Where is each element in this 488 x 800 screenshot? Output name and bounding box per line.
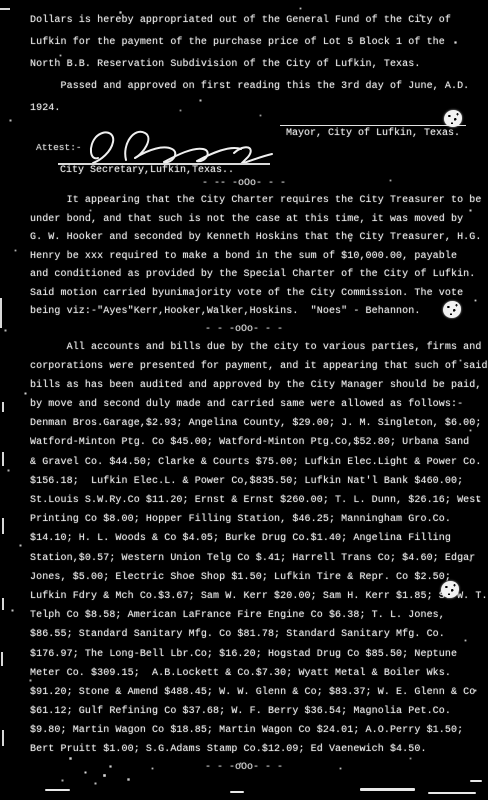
scan-artifact — [470, 780, 482, 782]
attest-label: Attest:- — [36, 142, 82, 153]
mayor-signature-line: Mayor, City of Lufkin, Texas. — [280, 122, 466, 140]
document-line: under bond, and that such is not the cas… — [30, 211, 488, 230]
ordinance-paragraph: Dollars is hereby appropriated out of th… — [30, 10, 488, 120]
document-line: G. W. Hooker and seconded by Kenneth Hos… — [30, 229, 488, 248]
margin-mark — [0, 8, 10, 10]
document-line: corporations were presented for payment,… — [30, 357, 488, 376]
document-line: St.Louis S.W.Ry.Co $11.20; Ernst & Ernst… — [30, 491, 488, 510]
document-line: $86.55; Standard Sanitary Mfg. Co $81.78… — [30, 625, 488, 644]
document-line: It appearing that the City Charter requi… — [30, 192, 488, 211]
document-line: Dollars is hereby appropriated out of th… — [30, 10, 488, 32]
document-line: Lufkin Fdry & Mch Co.$3.67; Sam W. Kerr … — [30, 587, 488, 606]
document-line: and conditioned as provided by the Speci… — [30, 266, 488, 285]
document-line: Bert Pruitt $1.00; S.G.Adams Stamp Co.$1… — [30, 740, 488, 759]
document-line: Jones, $5.00; Electric Shoe Shop $1.50; … — [30, 568, 488, 587]
document-line: All accounts and bills due by the city t… — [30, 338, 488, 357]
document-line: $176.97; The Long-Bell Lbr.Co; $16.20; H… — [30, 645, 488, 664]
document-line: 1924. — [30, 98, 488, 120]
margin-mark — [2, 452, 4, 466]
punch-hole-icon — [441, 581, 459, 598]
document-line: $91.20; Stone & Amend $488.45; W. W. Gle… — [30, 683, 488, 702]
treasurer-bond-paragraph: It appearing that the City Charter requi… — [30, 192, 488, 322]
margin-mark — [2, 598, 4, 610]
document-line: Denman Bros.Garage,$2.93; Angelina Count… — [30, 414, 488, 433]
scan-noise — [0, 0, 1, 1]
document-line: Henry be xxx required to make a bond in … — [30, 248, 488, 267]
section-separator: - - -oOo- - - — [0, 760, 488, 776]
document-line: North B.B. Reservation Subdivision of th… — [30, 54, 488, 76]
document-line: Watford-Minton Ptg. Co $45.00; Watford-M… — [30, 433, 488, 452]
punch-hole-icon — [444, 110, 462, 127]
document-line: $14.10; H. L. Woods & Co $4.05; Burke Dr… — [30, 529, 488, 548]
margin-mark — [1, 652, 3, 666]
section-separator: - -- -oOo- - - — [0, 176, 488, 192]
document-line: Said motion carried byunimajority vote o… — [30, 285, 488, 304]
margin-mark — [2, 518, 4, 534]
scan-artifact — [428, 792, 476, 794]
document-line: Lufkin for the payment of the purchase p… — [30, 32, 488, 54]
document-line: bills as has been audited and approved b… — [30, 376, 488, 395]
scan-artifact — [360, 788, 415, 791]
document-line: by move and second duly made and carried… — [30, 395, 488, 414]
document-line: Printing Co $8.00; Hopper Filling Statio… — [30, 510, 488, 529]
document-line: Meter Co. $309.15; A.B.Lockett & Co.$7.3… — [30, 664, 488, 683]
document-line: $156.18; Lufkin Elec.L. & Power Co,$835.… — [30, 472, 488, 491]
punch-hole-icon — [443, 301, 461, 318]
document-line: being viz:-"Ayes"Kerr,Hooker,Walker,Hosk… — [30, 303, 488, 322]
document-line: Telph Co $8.58; American LaFrance Fire E… — [30, 606, 488, 625]
section-separator: - - -oOo- - - — [0, 322, 488, 338]
signature-block: Mayor, City of Lufkin, Texas. Attest:- C… — [0, 120, 488, 176]
scanned-minutes-page: Dollars is hereby appropriated out of th… — [0, 0, 488, 800]
document-line: $9.80; Martin Wagon Co $18.85; Martin Wa… — [30, 721, 488, 740]
document-line: Station,$0.57; Western Union Telg Co $.4… — [30, 549, 488, 568]
mayor-title-label: Mayor, City of Lufkin, Texas. — [280, 125, 466, 139]
margin-mark — [2, 402, 4, 412]
document-line: & Gravel Co. $44.50; Clarke & Courts $75… — [30, 453, 488, 472]
bills-paragraph: All accounts and bills due by the city t… — [30, 338, 488, 760]
margin-mark — [0, 298, 2, 328]
scan-artifact — [45, 789, 70, 791]
scan-artifact — [230, 791, 244, 793]
document-line: $61.12; Gulf Refining Co $37.68; W. F. B… — [30, 702, 488, 721]
secretary-title-label: City Secretary,Lufkin,Texas.. — [60, 165, 234, 176]
document-line: Passed and approved on first reading thi… — [30, 76, 488, 98]
margin-mark — [2, 730, 4, 746]
